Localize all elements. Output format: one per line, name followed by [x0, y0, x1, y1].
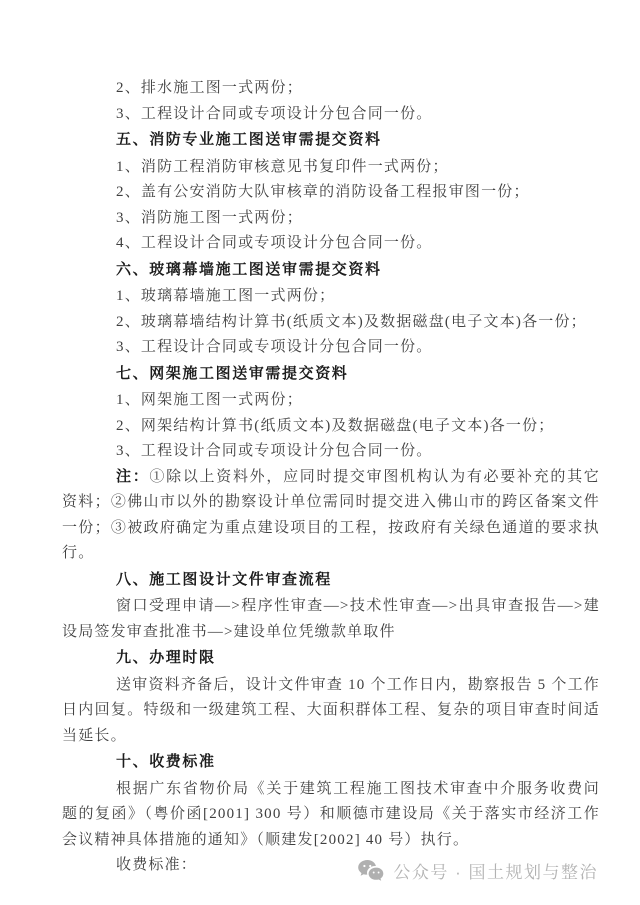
list-item-line: 1、网架施工图一式两份； [62, 388, 600, 414]
section-heading: 八、施工图设计文件审查流程 [62, 568, 600, 594]
section-heading: 十、收费标准 [62, 750, 600, 776]
list-item-line: 3、消防施工图一式两份； [62, 206, 600, 232]
watermark: 公众号 · 国土规划与整治 [357, 858, 598, 883]
section-heading: 六、玻璃幕墙施工图送审需提交资料 [62, 258, 600, 284]
list-item-line: 2、盖有公安消防大队审核章的消防设备工程报审图一份； [62, 180, 600, 206]
list-item-line: 4、工程设计合同或专项设计分包合同一份。 [62, 231, 600, 257]
body-paragraph: 窗口受理申请—>程序性审查—>技术性审查—>出具审查报告—>建设局签发审查批准书… [62, 594, 600, 645]
document-page: 2、排水施工图一式两份； 3、工程设计合同或专项设计分包合同一份。 五、消防专业… [0, 0, 640, 905]
section-heading: 五、消防专业施工图送审需提交资料 [62, 128, 600, 154]
list-item-line: 2、网架结构计算书(纸质文本)及数据磁盘(电子文本)各一份； [62, 414, 600, 440]
body-paragraph: 根据广东省物价局《关于建筑工程施工图技术审查中介服务收费问题的复函》（粤价函[2… [62, 777, 600, 854]
watermark-text: 公众号 · 国土规划与整治 [393, 858, 598, 883]
list-item-line: 1、玻璃幕墙施工图一式两份； [62, 284, 600, 310]
list-item-line: 2、玻璃幕墙结构计算书(纸质文本)及数据磁盘(电子文本)各一份； [62, 310, 600, 336]
list-item-line: 1、消防工程消防审核意见书复印件一式两份； [62, 155, 600, 181]
note-lead: 注： [116, 469, 149, 485]
section-heading: 九、办理时限 [62, 646, 600, 672]
list-item-line: 2、排水施工图一式两份； [62, 76, 600, 102]
body-paragraph: 送审资料齐备后，设计文件审查 10 个工作日内，勘察报告 5 个工作日内回复。特… [62, 673, 600, 750]
section-heading: 七、网架施工图送审需提交资料 [62, 362, 600, 388]
list-item-line: 3、工程设计合同或专项设计分包合同一份。 [62, 335, 600, 361]
wechat-icon [357, 859, 385, 883]
document-body: 2、排水施工图一式两份； 3、工程设计合同或专项设计分包合同一份。 五、消防专业… [62, 76, 600, 879]
list-item-line: 3、工程设计合同或专项设计分包合同一份。 [62, 439, 600, 465]
note-paragraph: 注：①除以上资料外，应同时提交审图机构认为有必要补充的其它资料；②佛山市以外的勘… [62, 465, 600, 567]
list-item-line: 3、工程设计合同或专项设计分包合同一份。 [62, 102, 600, 128]
